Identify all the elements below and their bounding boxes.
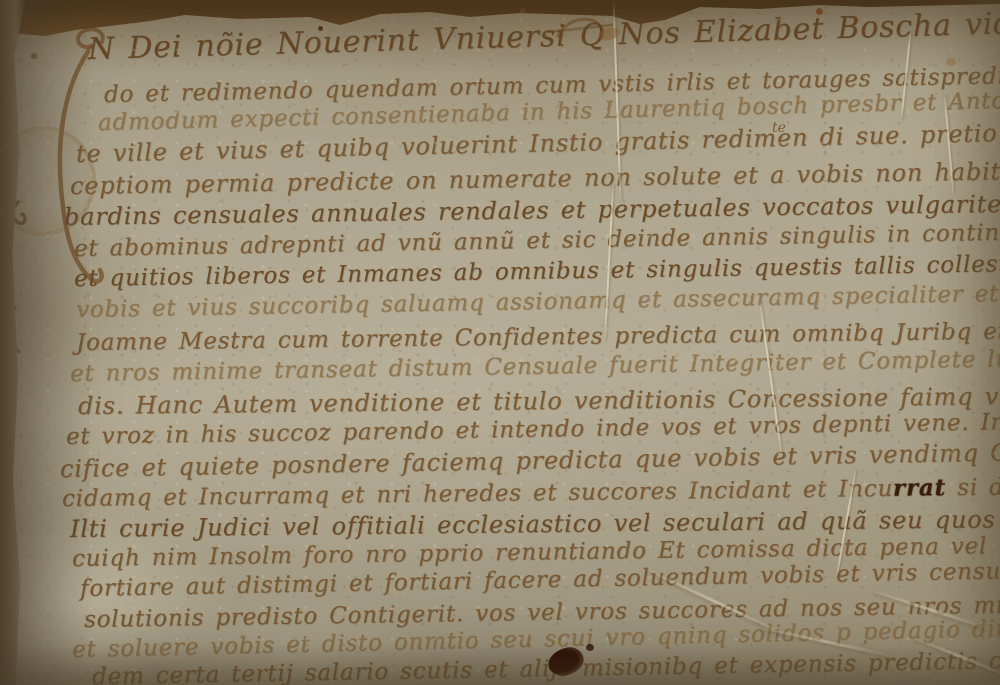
ink-speck [520, 8, 526, 14]
line-segment: cidamq et Incurramq et nri heredes et su… [62, 476, 893, 512]
manuscript-line: N Dei nõie Nouerint Vniuersi Q Nos Eliza… [88, 2, 1000, 67]
bottom-edge-shadow [0, 645, 1000, 685]
interline-correction: te [772, 120, 786, 136]
manuscript-photo: N Dei nõie Nouerint Vniuersi Q Nos Eliza… [0, 0, 1000, 685]
parchment-left-edge [0, 0, 26, 685]
right-edge-shadow [930, 0, 1000, 685]
